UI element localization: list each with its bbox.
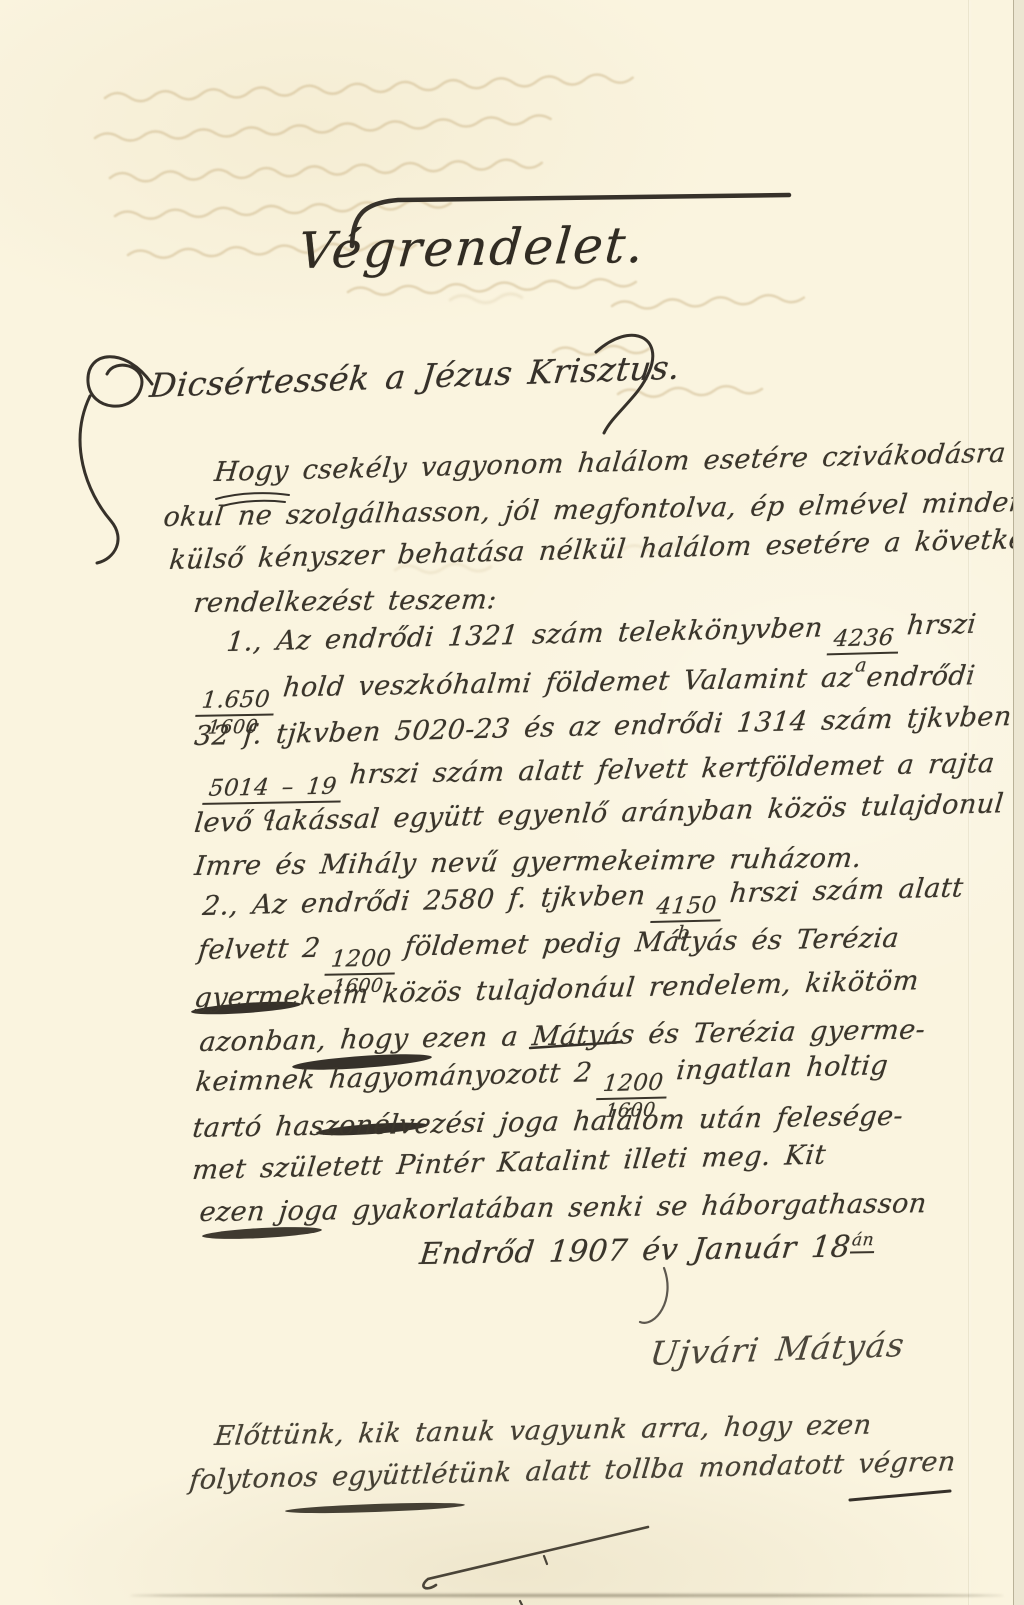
clause1-line4-text: hrszi szám alatt felvett kertföldemet a … [348, 748, 996, 790]
fraction-numerator: 1200 [324, 948, 397, 976]
intro-line: külső kényszer behatása nélkül halálom e… [168, 524, 1024, 575]
clause2-line: met született Pintér Katalint illeti meg… [191, 1141, 827, 1186]
clause2-line1-text: hrszi szám alatt [728, 872, 965, 909]
clause2-line2-text: felvett 2 [196, 933, 321, 966]
greeting-line: Dicsértessék a Jézus Krisztus. [148, 350, 682, 405]
clause1-line1-text: 1., Az endrődi 1321 szám telekkönyvben [225, 612, 824, 658]
intro-line: rendelkezést teszem: [192, 585, 498, 618]
date-superscript: án [850, 1230, 876, 1253]
witness-line: Előttünk, kik tanuk vagyunk arra, hogy e… [213, 1411, 873, 1452]
testator-signature: Ujvári Mátyás [648, 1327, 907, 1372]
fraction-numerator: 1.650 [195, 689, 276, 717]
bottom-fold-shadow [130, 1594, 1004, 1597]
clause2-line5-text: keimnek hagyományozott 2 [194, 1057, 593, 1098]
clause1-line: Imre és Mihály nevű gyermekeimre ruházom… [193, 844, 863, 882]
fraction-numerator: 4236 [827, 627, 900, 656]
intro-line: Hogy csekély vagyonom halálom esetére cz… [213, 439, 1007, 488]
clause2-line: ezen joga gyakorlatában senki se háborga… [198, 1189, 928, 1228]
fraction-numerator: 5014 – 19 [202, 775, 343, 804]
date-place-text: Endrőd 1907 év Január 18 [418, 1230, 852, 1272]
fraction-numerator: 1200 [596, 1071, 669, 1100]
witness-line: folytonos együttlétünk alatt tollba mond… [188, 1447, 957, 1495]
scanned-will-page: Végrendelet. Dicsértessék a Jézus Kriszt… [0, 0, 1024, 1605]
clause1-line1-text: hrszi [906, 609, 978, 642]
document-title: Végrendelet. [296, 218, 647, 279]
clause2-line1-text: 2., Az endrődi 2580 f. tjkvben [201, 880, 647, 922]
date-place-line: Endrőd 1907 év Január 18án [418, 1230, 876, 1271]
intro-line: okul ne szolgálhasson, jól megfontolva, … [162, 488, 1024, 533]
paper-right-edge [1013, 0, 1024, 1605]
clause2-line5-text: ingatlan holtig [675, 1050, 890, 1086]
fraction-numerator: 4150 [650, 894, 723, 923]
paper-crease [968, 0, 969, 1605]
